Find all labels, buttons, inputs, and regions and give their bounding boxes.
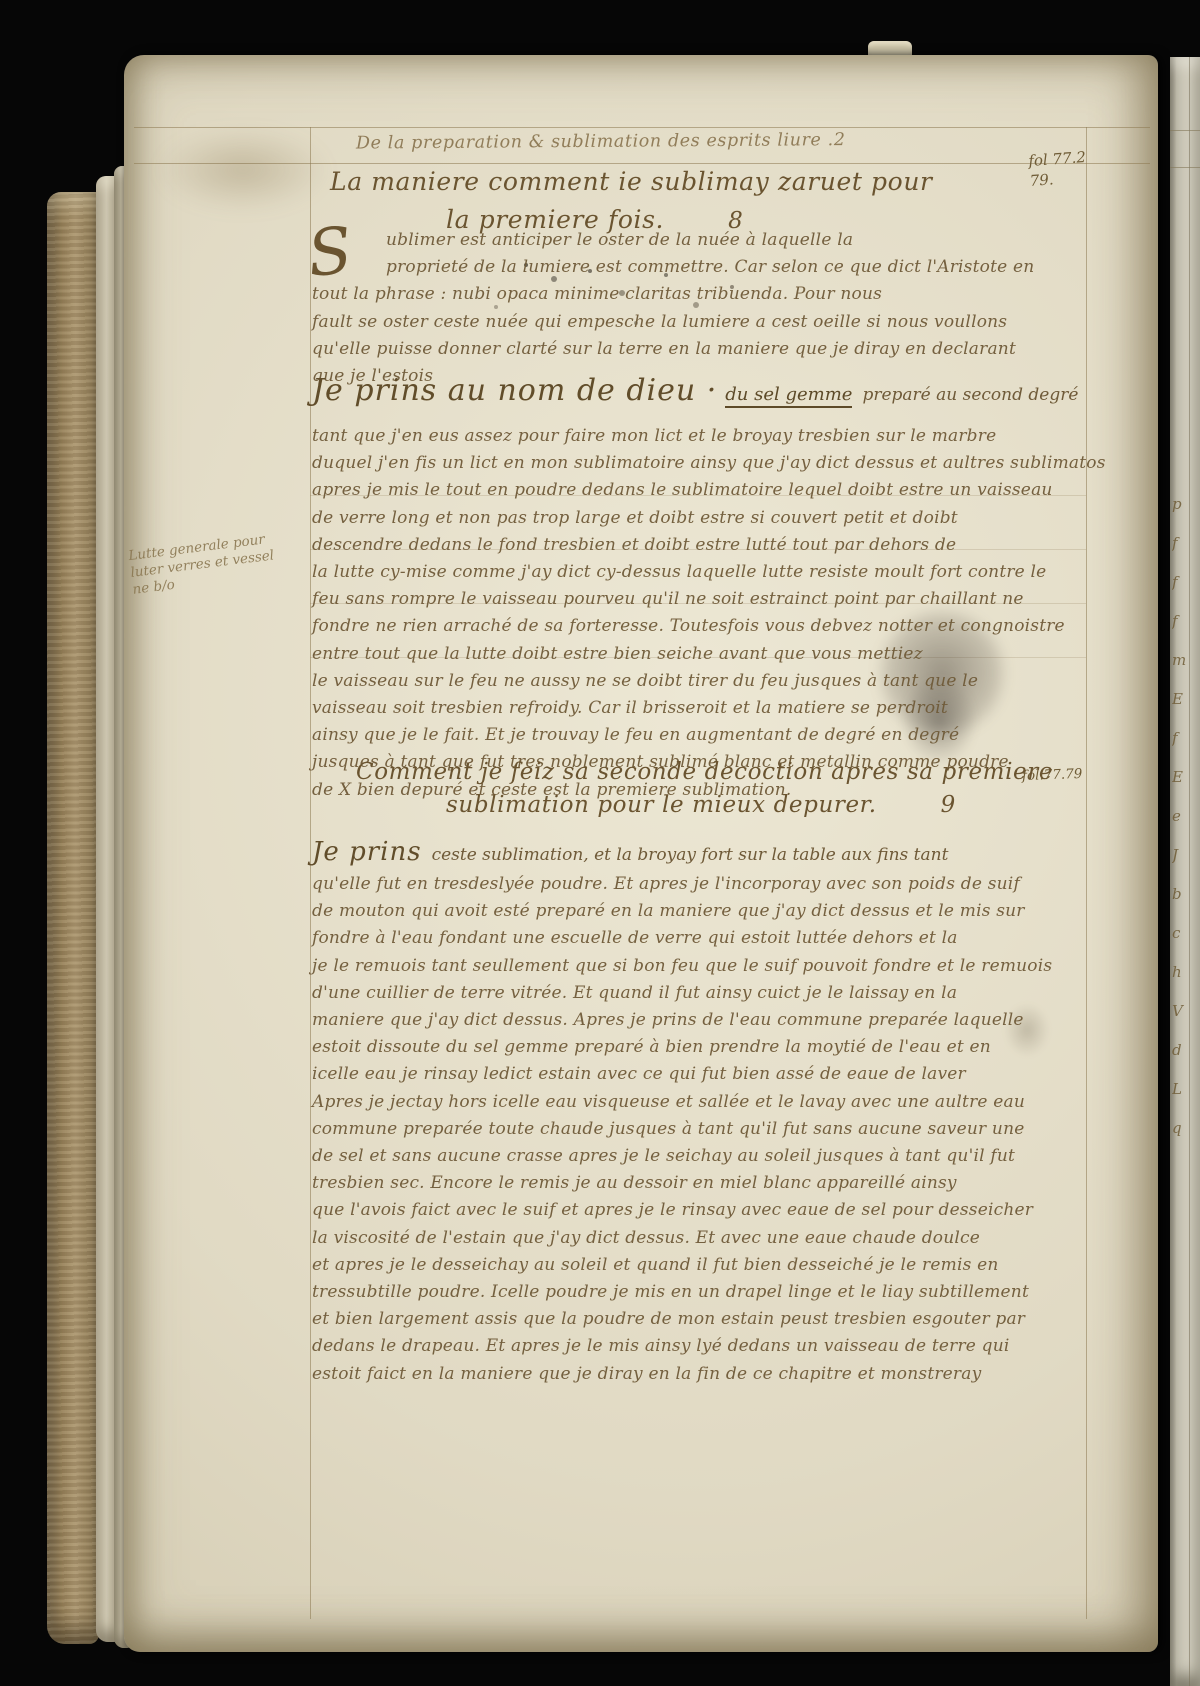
facing-leaf-edge: pfffmEfEeJbchVdLq (1170, 57, 1200, 1686)
text-line: estoit dissoute du sel gemme preparé à b… (312, 1034, 1098, 1061)
text-line: fondre à l'eau fondant une escuelle de v… (312, 925, 1098, 952)
text-line: entre tout que la lutte doibt estre bien… (312, 641, 1098, 668)
chapter-number: 9 (941, 792, 956, 818)
text-line: la lutte cy-mise comme j'ay dict cy-dess… (312, 559, 1098, 586)
incipit-continuation: preparé au second degré (862, 385, 1078, 405)
paragraph-3: qu'elle fut en tresdeslyée poudre. Et ap… (312, 871, 1098, 1388)
marginal-note: Lutte generale pourluter verres et vesse… (128, 526, 313, 599)
text-line: Apres je jectay hors icelle eau visqueus… (312, 1089, 1098, 1116)
text-fragment: m (1172, 651, 1198, 690)
text-line: tout la phrase : nubi opaca minime clari… (312, 281, 1098, 308)
text-line: fault se oster ceste nuée qui empesche l… (312, 309, 1098, 336)
text-line: vaisseau soit tresbien refroidy. Car il … (312, 695, 1098, 722)
text-fragment: f (1172, 729, 1198, 768)
text-line: je le remuois tant seullement que si bon… (312, 953, 1098, 980)
text-line: de mouton qui avoit esté preparé en la m… (312, 898, 1098, 925)
book-cover-edge (47, 192, 99, 1644)
text-line: descendre dedans le fond tresbien et doi… (312, 532, 1098, 559)
text-line: proprieté de la lumiere est commettre. C… (312, 254, 1098, 281)
clipped-text-fragments: pfffmEfEeJbchVdLq (1172, 495, 1198, 1158)
manuscript-photo: De la preparation & sublimation des espr… (0, 0, 1200, 1686)
paragraph-2: tant que j'en eus assez pour faire mon l… (312, 423, 1098, 804)
text-line: et apres je le desseichay au soleil et q… (312, 1252, 1098, 1279)
text-line: commune preparée toute chaude jusques à … (312, 1116, 1098, 1143)
text-line: qu'elle fut en tresdeslyée poudre. Et ap… (312, 871, 1098, 898)
incipit-2: Je prinsceste sublimation, et la broyay … (312, 837, 948, 867)
text-line: tant que j'en eus assez pour faire mon l… (312, 423, 1098, 450)
text-line: feu sans rompre le vaisseau pourveu qu'i… (312, 586, 1098, 613)
text-line: fondre ne rien arraché de sa forteresse.… (312, 613, 1098, 640)
text-fragment: E (1172, 768, 1198, 807)
text-line: que l'avois faict avec le suif et apres … (312, 1197, 1098, 1224)
text-line: la viscosité de l'estain que j'ay dict d… (312, 1225, 1098, 1252)
manuscript-page: De la preparation & sublimation des espr… (124, 55, 1158, 1652)
text-fragment: d (1172, 1041, 1198, 1080)
leaf-rule-line (1170, 167, 1200, 168)
text-fragment: E (1172, 690, 1198, 729)
text-line: qu'elle puisse donner clarté sur la terr… (312, 336, 1098, 363)
text-line: et bien largement assis que la poudre de… (312, 1306, 1098, 1333)
incipit-in-nomine: Je prins au nom de dieu ·du sel gemmepre… (312, 373, 1078, 408)
leaf-rule-line (1170, 130, 1200, 131)
title-line: sublimation pour le mieux depurer.9 (330, 792, 1090, 818)
text-line: le vaisseau sur le feu ne aussy ne se do… (312, 668, 1098, 695)
text-line: estoit faict en la maniere que je diray … (312, 1361, 1098, 1388)
text-fragment: h (1172, 963, 1198, 1002)
text-fragment: V (1172, 1002, 1198, 1041)
underlined-phrase: du sel gemme (725, 384, 852, 408)
text-fragment: p (1172, 495, 1198, 534)
text-line: duquel j'en fis un lict en mon sublimato… (312, 450, 1098, 477)
chapter-title-1: La maniere comment ie sublimay zaruet po… (330, 167, 1090, 234)
text-fragment: L (1172, 1080, 1198, 1119)
incipit-continuation: ceste sublimation, et la broyay fort sur… (432, 845, 949, 865)
incipit-large-text: Je prins au nom de dieu · (312, 373, 717, 408)
chapter-title-2: Comment je feiz sa seconde decoction apr… (330, 759, 1090, 818)
text-line: d'une cuillier de terre vitrée. Et quand… (312, 980, 1098, 1007)
text-fragment: f (1172, 573, 1198, 612)
title-line: La maniere comment ie sublimay zaruet po… (330, 167, 1090, 196)
text-line: ainsy que je le fait. Et je trouvay le f… (312, 722, 1098, 749)
text-line: ublimer est anticiper le oster de la nué… (312, 227, 1098, 254)
text-line: de verre long et non pas trop large et d… (312, 505, 1098, 532)
text-fragment: J (1172, 846, 1198, 885)
text-line: tressubtille poudre. Icelle poudre je mi… (312, 1279, 1098, 1306)
text-line: dedans le drapeau. Et apres je le mis ai… (312, 1333, 1098, 1360)
title-line: Comment je feiz sa seconde decoction apr… (330, 759, 1090, 785)
text-fragment: q (1172, 1119, 1198, 1158)
text-fragment: b (1172, 885, 1198, 924)
corner-stain (128, 115, 358, 225)
text-line: icelle eau je rinsay ledict estain avec … (312, 1061, 1098, 1088)
title-text: sublimation pour le mieux depurer. (446, 792, 877, 818)
text-fragment: f (1172, 534, 1198, 573)
text-fragment: f (1172, 612, 1198, 651)
text-line: de sel et sans aucune crasse apres je le… (312, 1143, 1098, 1170)
text-line: maniere que j'ay dict dessus. Apres je p… (312, 1007, 1098, 1034)
incipit-large-text: Je prins (312, 837, 422, 867)
text-line: tresbien sec. Encore le remis je au dess… (312, 1170, 1098, 1197)
text-line: apres je mis le tout en poudre dedans le… (312, 477, 1098, 504)
paragraph-1: ublimer est anticiper le oster de la nué… (312, 227, 1098, 390)
text-fragment: c (1172, 924, 1198, 963)
text-fragment: e (1172, 807, 1198, 846)
running-header: De la preparation & sublimation des espr… (356, 128, 1076, 153)
